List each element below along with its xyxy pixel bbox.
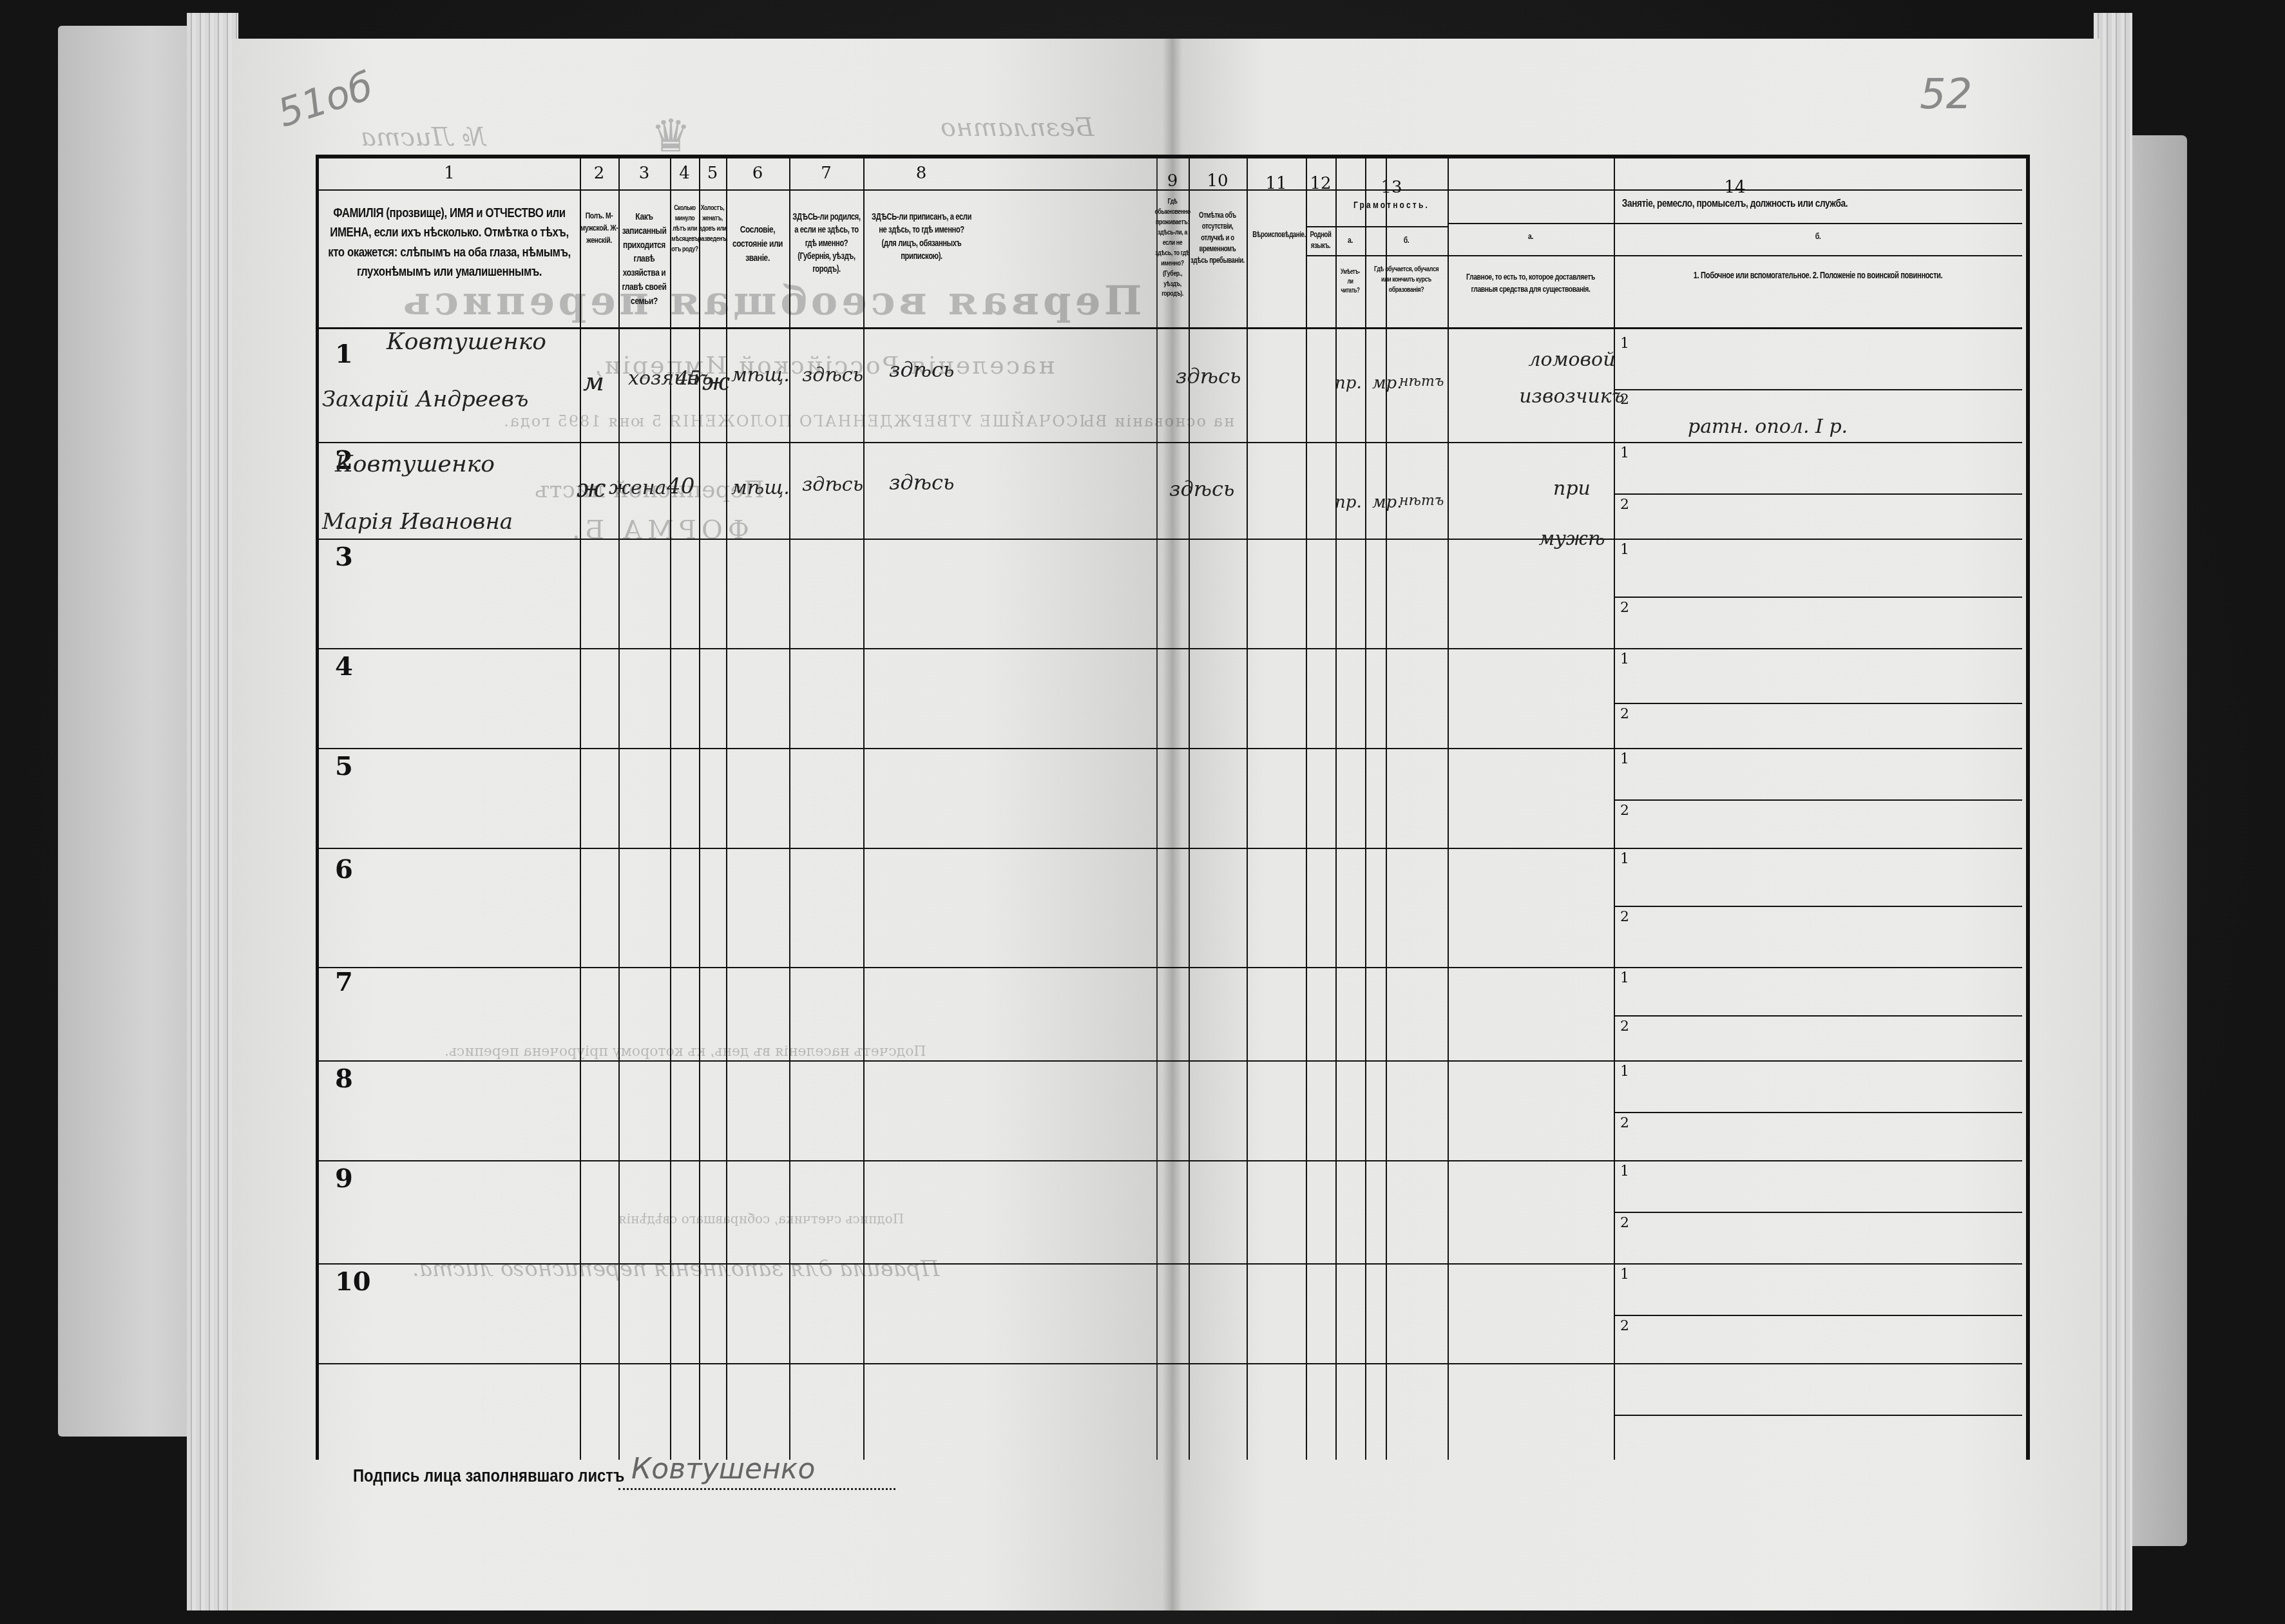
residence-cell: здѣсь: [1169, 477, 1234, 501]
header-col-14a-label: а.: [1464, 231, 1597, 243]
col-divider: [1365, 158, 1366, 1460]
subrow-label: 1: [1620, 1163, 1629, 1180]
row-number: 9: [335, 1163, 353, 1194]
signature-value: Ковтушенко: [631, 1453, 815, 1485]
header-col-14b: 1. Побочное или вспомогательное. 2. Поло…: [1654, 265, 1981, 287]
column-number-2: 2: [580, 164, 618, 183]
header-col-3: Какъ записанный приходится главѣ хозяйст…: [618, 210, 670, 308]
col-divider: [789, 158, 790, 1460]
subrow-label: 1: [1620, 1266, 1629, 1283]
military-status-cell: ратн. опол. І р.: [1688, 416, 1848, 438]
col-divider: [699, 158, 700, 1460]
page-fold-divider: [1156, 158, 1158, 1460]
row-number: 1: [335, 339, 353, 369]
religion-cell: пр.: [1335, 374, 1362, 393]
subrow-label: 2: [1620, 1318, 1629, 1334]
header-col-11: Вѣроисповѣданіе.: [1252, 229, 1300, 240]
given-name-cell: Марія Ивановна: [322, 509, 513, 535]
subrow-label: 1: [1620, 851, 1629, 867]
sheet-number-label: № Листа: [361, 122, 486, 152]
header-col-5: Холостъ, женатъ, вдовъ или разведенъ.: [698, 204, 727, 245]
estate-cell: мѣщ.: [731, 477, 790, 499]
header-col-12: Родной языкъ.: [1309, 229, 1333, 252]
header-col-13a: Умѣетъ-ли читать?: [1339, 268, 1362, 296]
column-number-10: 10: [1189, 171, 1247, 191]
marital-cell: ж: [702, 367, 730, 396]
religion-cell: пр.: [1335, 493, 1362, 512]
header-col-14b-label: б.: [1654, 231, 1981, 243]
column-number-11: 11: [1247, 174, 1306, 193]
column-number-4: 4: [670, 164, 699, 183]
row-divider: [319, 1363, 2022, 1364]
row-divider: [319, 748, 2022, 749]
header-col-13a-label: а.: [1339, 234, 1362, 247]
row-number: 3: [335, 542, 353, 572]
column-number-5: 5: [699, 164, 726, 183]
col-divider: [1386, 158, 1387, 1460]
subrow-label: 2: [1620, 600, 1629, 616]
subrow-divider: [1614, 1212, 2022, 1213]
subrow-label: 2: [1620, 1018, 1629, 1035]
row-divider: [319, 1263, 2022, 1265]
col-divider: [1335, 158, 1337, 1460]
age-cell: 45: [676, 367, 701, 390]
occupation-subheader-line: [1448, 223, 2022, 224]
col-divider: [726, 158, 727, 1460]
header-col-10: Отмѣтка объ отсутствіи, отлучкѣ и о врем…: [1190, 210, 1245, 266]
col-divider: [863, 158, 865, 1460]
subrow-divider: [1614, 389, 2022, 390]
row-divider: [319, 1160, 2022, 1161]
header-col-8: ЗДѢСЬ-ли приписанъ, а если не здѣсь, то …: [872, 210, 972, 262]
subrow-divider: [1614, 493, 2022, 495]
occupation-main-cell: ломовой извозчикъ: [1507, 341, 1636, 415]
free-stamp: Безплатно: [941, 113, 1094, 142]
subrow-divider: [1614, 1015, 2022, 1017]
column-number-8: 8: [863, 164, 979, 183]
header-col-1: ФАМИЛІЯ (прозвище), ИМЯ и ОТЧЕСТВО или И…: [325, 204, 575, 282]
age-cell: 40: [667, 473, 694, 499]
row-divider: [319, 442, 2022, 443]
col-divider: [618, 158, 620, 1460]
column-number-6: 6: [726, 164, 789, 183]
col-divider: [670, 158, 671, 1460]
registered-cell: здѣсь: [889, 358, 954, 382]
column-number-1: 1: [319, 164, 580, 183]
subrow-label: 1: [1620, 970, 1629, 986]
col-divider: [1306, 158, 1307, 1460]
birthplace-cell: здѣсь: [802, 364, 863, 387]
subrow-divider: [1614, 1315, 2022, 1316]
row-number: 4: [335, 651, 353, 682]
col-divider: [580, 158, 581, 1460]
column-number-3: 3: [618, 164, 670, 183]
subrow-label: 2: [1620, 1115, 1629, 1131]
header-col-13b-label: б.: [1373, 234, 1439, 247]
subrow-divider: [1614, 906, 2022, 907]
literacy-subheader-line: [1306, 226, 1448, 227]
literacy-a-cell: нѣтъ: [1399, 374, 1444, 390]
row-divider: [319, 848, 2022, 849]
sex-cell: м: [583, 367, 604, 397]
given-name-cell: Захарій Андреевъ: [322, 387, 528, 412]
row-divider: [319, 648, 2022, 649]
col-divider: [1247, 158, 1248, 1460]
header-col-6: Сословіе, состояніе или званіе.: [727, 223, 788, 265]
row-number: 5: [335, 751, 353, 781]
subrow-label: 1: [1620, 751, 1629, 767]
sex-cell: ж: [577, 473, 606, 503]
column-number-13: 13: [1335, 178, 1448, 197]
row-number: 7: [335, 967, 353, 997]
subcol-label-line: [1306, 255, 2022, 256]
surname-cell: Ковтушенко: [335, 451, 495, 477]
row-divider: [319, 539, 2022, 540]
row-number: 8: [335, 1064, 353, 1094]
row-divider: [319, 1060, 2022, 1062]
header-col-13: Грамотность.: [1346, 198, 1436, 213]
header-col-14a: Главное, то есть то, которое доставляетъ…: [1464, 271, 1597, 296]
row-number: 6: [335, 854, 353, 884]
col-divider: [1448, 158, 1449, 1460]
registered-cell: здѣсь: [889, 470, 954, 495]
header-col-2: Полъ. М-мужской. Ж-женскій.: [578, 210, 620, 247]
column-number-14: 14: [1448, 178, 2022, 197]
row-divider: [319, 967, 2022, 968]
language-cell: мр.: [1372, 374, 1402, 393]
subrow-divider: [1614, 703, 2022, 704]
literacy-a-cell: нѣтъ: [1399, 493, 1444, 509]
row-number: 10: [335, 1266, 371, 1297]
header-col-13b: Гдѣ обучается, обучался или кончилъ курс…: [1373, 265, 1439, 296]
subrow-label: 1: [1620, 651, 1629, 667]
page-stack-left: [187, 13, 238, 1610]
column-number-7: 7: [789, 164, 863, 183]
relation-cell: жена: [609, 477, 667, 499]
subrow-divider: [1614, 597, 2022, 598]
surname-cell: Ковтушенко: [387, 329, 546, 355]
header-col-7: ЗДѢСЬ-ли родился, а если не здѣсь, то гд…: [792, 210, 861, 275]
estate-cell: мѣщ.: [731, 364, 790, 387]
language-cell: мр.: [1372, 493, 1402, 512]
subrow-label: 2: [1620, 803, 1629, 819]
column-number-9: 9: [1156, 171, 1189, 191]
birthplace-cell: здѣсь: [802, 473, 863, 496]
subrow-label: 1: [1620, 1064, 1629, 1080]
occupation-main-cell: при мужѣ: [1520, 464, 1623, 564]
header-col-4: Сколько минуло лѣтъ или мѣсяцевъ отъ род…: [669, 204, 700, 255]
subrow-label: 2: [1620, 909, 1629, 925]
header-col-14: Занятіе, ремесло, промыселъ, должность и…: [1505, 196, 1965, 212]
folio-number-right: 52: [1920, 71, 1972, 119]
header-col-9: Гдѣ обыкновенно проживаетъ: здѣсь-ли, а …: [1154, 197, 1190, 300]
subrow-divider: [1614, 1415, 2022, 1416]
subrow-label: 2: [1620, 706, 1629, 722]
col-divider: [1189, 158, 1190, 1460]
signature-line: [618, 1488, 895, 1490]
subrow-label: 1: [1620, 445, 1629, 461]
subrow-label: 2: [1620, 1215, 1629, 1231]
subrow-divider: [1614, 799, 2022, 801]
header-bottom-line: [319, 327, 2022, 329]
signature-label: Подпись лица заполнявшаго листъ: [353, 1466, 624, 1486]
column-number-12: 12: [1306, 174, 1335, 193]
residence-cell: здѣсь: [1176, 364, 1241, 388]
census-table: 1 2 3 4 5 6 7 8 9 10 11 12 13 14 ФАМИЛІЯ…: [316, 155, 2030, 1460]
subrow-divider: [1614, 1112, 2022, 1113]
right-endpaper-flap: [2126, 135, 2187, 1546]
